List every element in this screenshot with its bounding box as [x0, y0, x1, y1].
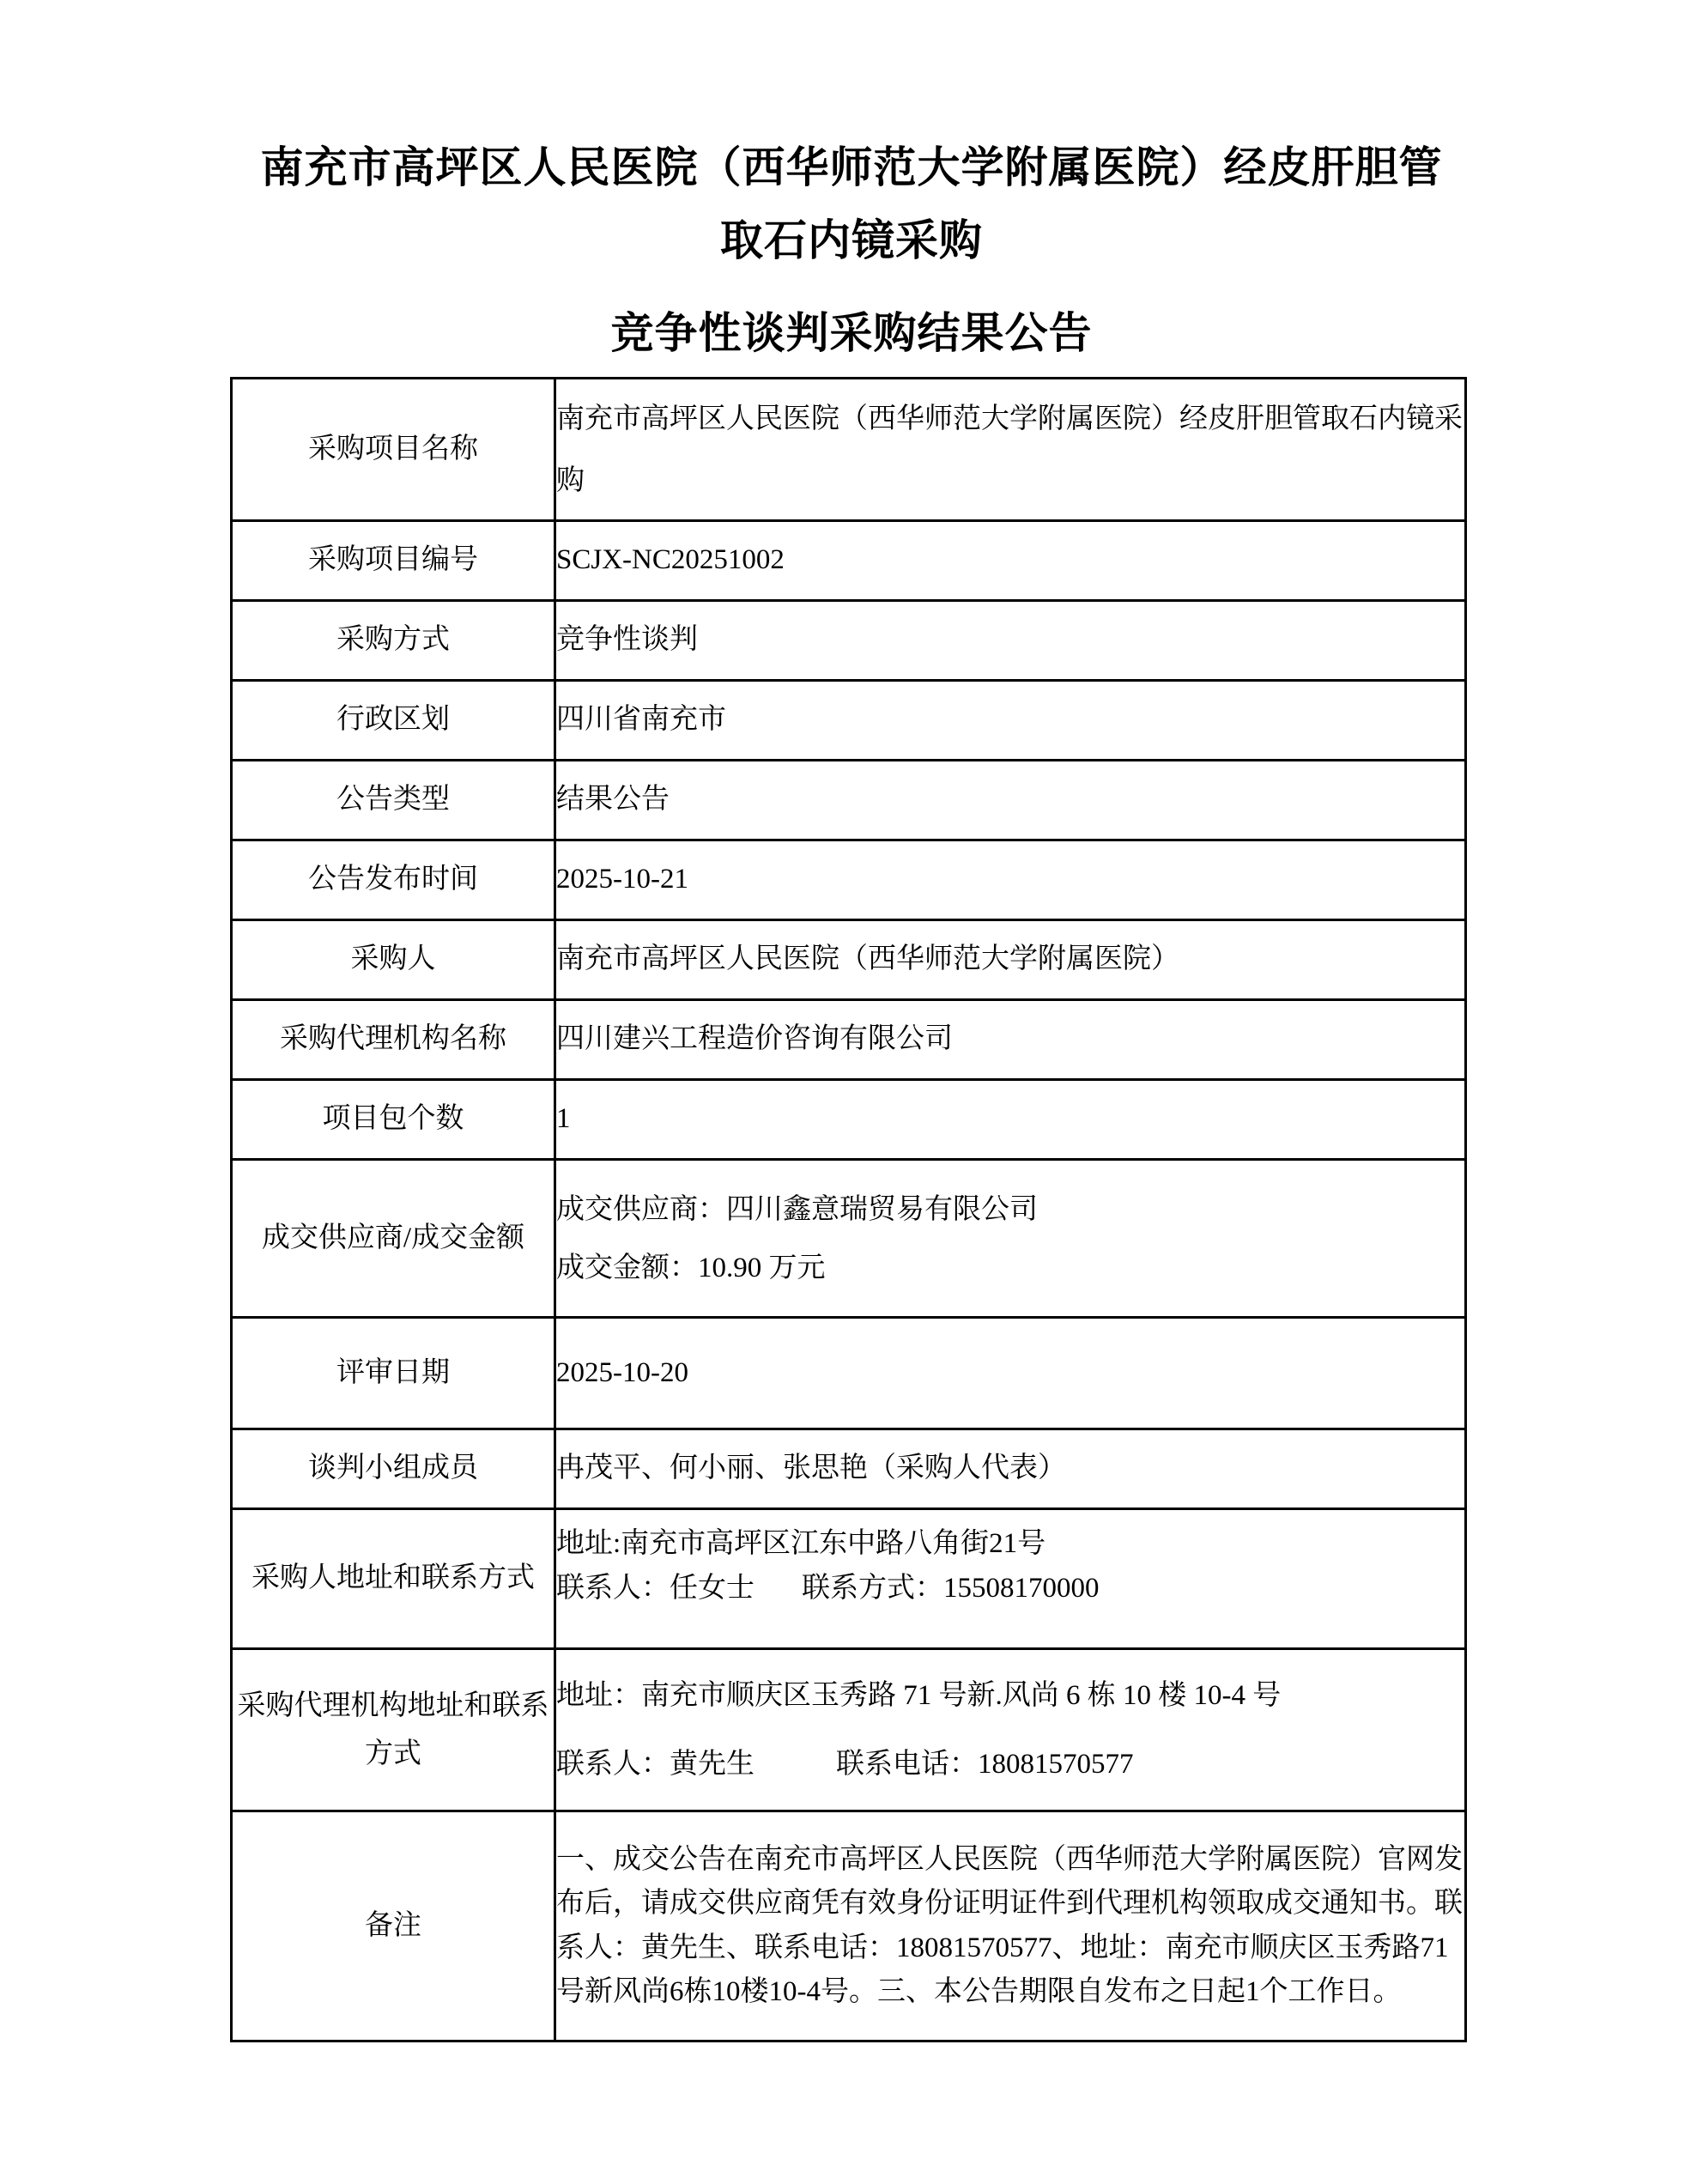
row-label: 公告发布时间 [232, 840, 555, 920]
row-label: 项目包个数 [232, 1080, 555, 1160]
row-value: SCJX-NC20251002 [555, 521, 1466, 601]
row-label: 公告类型 [232, 761, 555, 840]
winning-amount: 成交金额：10.90 万元 [556, 1239, 1464, 1297]
row-value: 成交供应商：四川鑫意瑞贸易有限公司 成交金额：10.90 万元 [555, 1160, 1466, 1318]
row-value: 南充市高坪区人民医院（西华师范大学附属医院）经皮肝胆管取石内镜采购 [555, 379, 1466, 521]
table-row-publish-date: 公告发布时间 2025-10-21 [232, 840, 1466, 920]
row-value: 2025-10-20 [555, 1318, 1466, 1429]
row-label: 采购人 [232, 920, 555, 1000]
table-row-panel-members: 谈判小组成员 冉茂平、何小丽、张思艳（采购人代表） [232, 1429, 1466, 1509]
row-value: 地址:南充市高坪区江东中路八角街21号 联系人：任女士联系方式：15508170… [555, 1509, 1466, 1649]
row-label: 行政区划 [232, 681, 555, 761]
row-label: 备注 [232, 1811, 555, 2041]
agency-address: 地址：南充市顺庆区玉秀路 71 号新.风尚 6 栋 10 楼 10-4 号 [556, 1661, 1464, 1730]
agency-contact-phone: 联系电话：18081570577 [836, 1749, 1134, 1780]
row-value: 结果公告 [555, 761, 1466, 840]
row-label: 采购项目编号 [232, 521, 555, 601]
document-subtitle: 竞争性谈判采购结果公告 [0, 299, 1703, 361]
table-row-review-date: 评审日期 2025-10-20 [232, 1318, 1466, 1429]
row-value: 1 [555, 1080, 1466, 1160]
agency-contact-person: 联系人：黄先生 [556, 1749, 755, 1780]
row-label: 成交供应商/成交金额 [232, 1160, 555, 1318]
table-row-project-number: 采购项目编号 SCJX-NC20251002 [232, 521, 1466, 601]
table-row-procurement-method: 采购方式 竞争性谈判 [232, 601, 1466, 681]
table-row-agency-name: 采购代理机构名称 四川建兴工程造价咨询有限公司 [232, 1000, 1466, 1080]
table-row-agency-contact: 采购代理机构地址和联系方式 地址：南充市顺庆区玉秀路 71 号新.风尚 6 栋 … [232, 1649, 1466, 1811]
table-row-remarks: 备注 一、成交公告在南充市高坪区人民医院（西华师范大学附属医院）官网发布后，请成… [232, 1811, 1466, 2041]
row-value: 2025-10-21 [555, 840, 1466, 920]
row-value: 地址：南充市顺庆区玉秀路 71 号新.风尚 6 栋 10 楼 10-4 号 联系… [555, 1649, 1466, 1811]
row-label: 采购代理机构地址和联系方式 [232, 1649, 555, 1811]
table-row-region: 行政区划 四川省南充市 [232, 681, 1466, 761]
row-label: 采购代理机构名称 [232, 1000, 555, 1080]
row-label: 评审日期 [232, 1318, 555, 1429]
announcement-table: 采购项目名称 南充市高坪区人民医院（西华师范大学附属医院）经皮肝胆管取石内镜采购… [230, 377, 1467, 2042]
table-row-announcement-type: 公告类型 结果公告 [232, 761, 1466, 840]
row-value: 四川建兴工程造价咨询有限公司 [555, 1000, 1466, 1080]
row-label: 采购方式 [232, 601, 555, 681]
table-row-package-count: 项目包个数 1 [232, 1080, 1466, 1160]
table-row-purchaser-contact: 采购人地址和联系方式 地址:南充市高坪区江东中路八角街21号 联系人：任女士联系… [232, 1509, 1466, 1649]
table-row-purchaser: 采购人 南充市高坪区人民医院（西华师范大学附属医院） [232, 920, 1466, 1000]
row-value: 一、成交公告在南充市高坪区人民医院（西华师范大学附属医院）官网发布后，请成交供应… [555, 1811, 1466, 2041]
row-value: 南充市高坪区人民医院（西华师范大学附属医院） [555, 920, 1466, 1000]
winning-supplier: 成交供应商：四川鑫意瑞贸易有限公司 [556, 1180, 1464, 1239]
row-value: 竞争性谈判 [555, 601, 1466, 681]
table-row-project-name: 采购项目名称 南充市高坪区人民医院（西华师范大学附属医院）经皮肝胆管取石内镜采购 [232, 379, 1466, 521]
row-value: 四川省南充市 [555, 681, 1466, 761]
document-title-line-2: 取石内镜采购 [0, 206, 1703, 268]
document-title-line-1: 南充市高坪区人民医院（西华师范大学附属医院）经皮肝胆管 [0, 133, 1703, 195]
row-value: 冉茂平、何小丽、张思艳（采购人代表） [555, 1429, 1466, 1509]
purchaser-contact-person: 联系人：任女士 [556, 1573, 755, 1604]
row-label: 采购人地址和联系方式 [232, 1509, 555, 1649]
purchaser-address: 地址:南充市高坪区江东中路八角街21号 [556, 1521, 1464, 1566]
row-label: 采购项目名称 [232, 379, 555, 521]
purchaser-contact-phone: 联系方式：15508170000 [802, 1573, 1100, 1604]
row-label: 谈判小组成员 [232, 1429, 555, 1509]
table-row-winning-supplier: 成交供应商/成交金额 成交供应商：四川鑫意瑞贸易有限公司 成交金额：10.90 … [232, 1160, 1466, 1318]
